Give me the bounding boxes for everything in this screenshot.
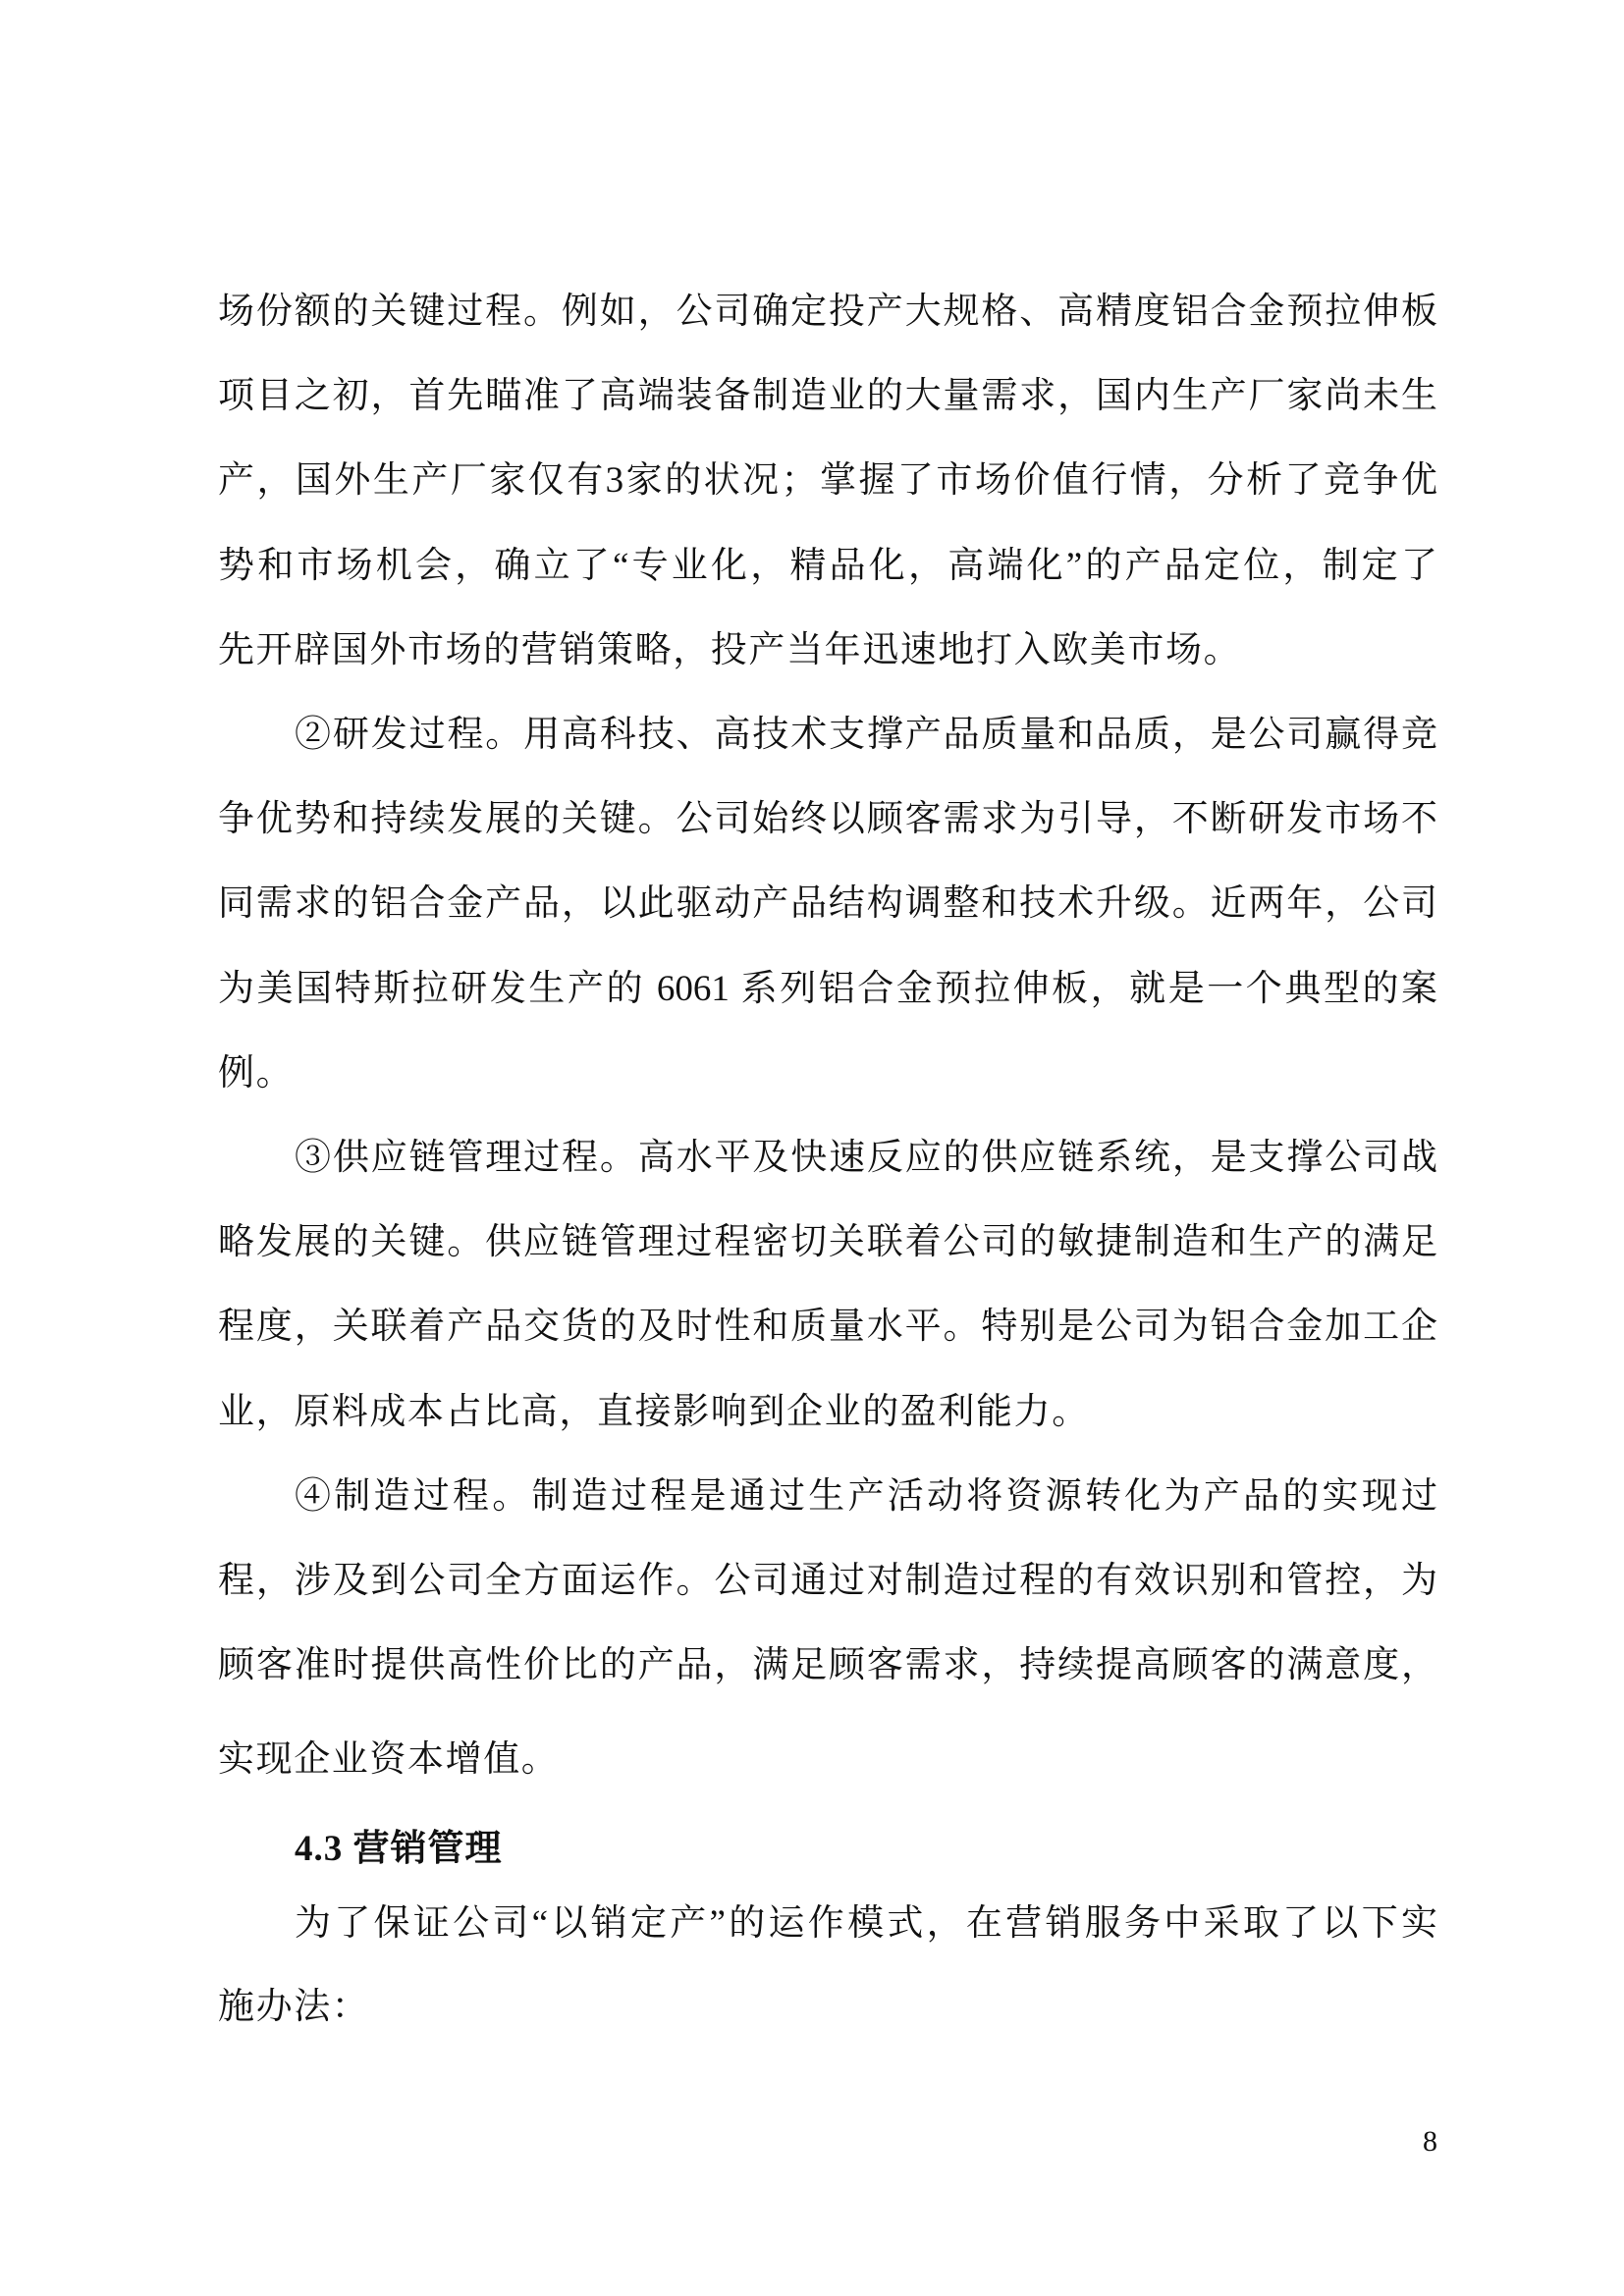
text-line: 略发展的关键。供应链管理过程密切关联着公司的敏捷制造和生产的满足: [218, 1221, 1437, 1264]
text-line: 先开辟国外市场的营销策略，投产当年迅速地打入欧美市场。: [218, 629, 1437, 672]
text-line: 项目之初，首先瞄准了高端装备制造业的大量需求，国内生产厂家尚未生: [218, 375, 1437, 418]
document-page: 场份额的关键过程。例如，公司确定投产大规格、高精度铝合金预拉伸板 项目之初，首先…: [0, 0, 1624, 2296]
text-line: 争优势和持续发展的关键。公司始终以顾客需求为引导，不断研发市场不: [218, 798, 1437, 841]
text-line: 程度，关联着产品交货的及时性和质量水平。特别是公司为铝合金加工企: [218, 1306, 1437, 1349]
text-line: 实现企业资本增值。: [218, 1738, 1437, 1782]
text-line: 场份额的关键过程。例如，公司确定投产大规格、高精度铝合金预拉伸板: [218, 291, 1437, 334]
text-line: ③供应链管理过程。高水平及快速反应的供应链系统，是支撑公司战: [295, 1137, 1437, 1180]
text-line: 顾客准时提供高性价比的产品，满足顾客需求，持续提高顾客的满意度，: [218, 1644, 1437, 1687]
text-line: 施办法：: [218, 1986, 1437, 2029]
text-line: ②研发过程。用高科技、高技术支撑产品质量和品质，是公司赢得竞: [295, 714, 1437, 757]
text-line: 业，原料成本占比高，直接影响到企业的盈利能力。: [218, 1391, 1437, 1434]
text-line: 产，国外生产厂家仅有3家的状况；掌握了市场价值行情，分析了竞争优: [218, 459, 1437, 503]
page-number: 8: [1423, 2122, 1437, 2162]
text-line: 例。: [218, 1052, 1437, 1095]
text-line: ④制造过程。制造过程是通过生产活动将资源转化为产品的实现过: [295, 1475, 1437, 1519]
text-line: 势和市场机会，确立了“专业化，精品化，高端化”的产品定位，制定了: [218, 545, 1437, 588]
section-heading: 4.3 营销管理: [295, 1828, 503, 1871]
text-line: 为美国特斯拉研发生产的 6061 系列铝合金预拉伸板，就是一个典型的案: [218, 968, 1437, 1011]
text-line: 程，涉及到公司全方面运作。公司通过对制造过程的有效识别和管控，为: [218, 1560, 1437, 1603]
text-line: 同需求的铝合金产品，以此驱动产品结构调整和技术升级。近两年，公司: [218, 882, 1437, 926]
text-line: 为了保证公司“以销定产”的运作模式，在营销服务中采取了以下实: [295, 1902, 1437, 1946]
